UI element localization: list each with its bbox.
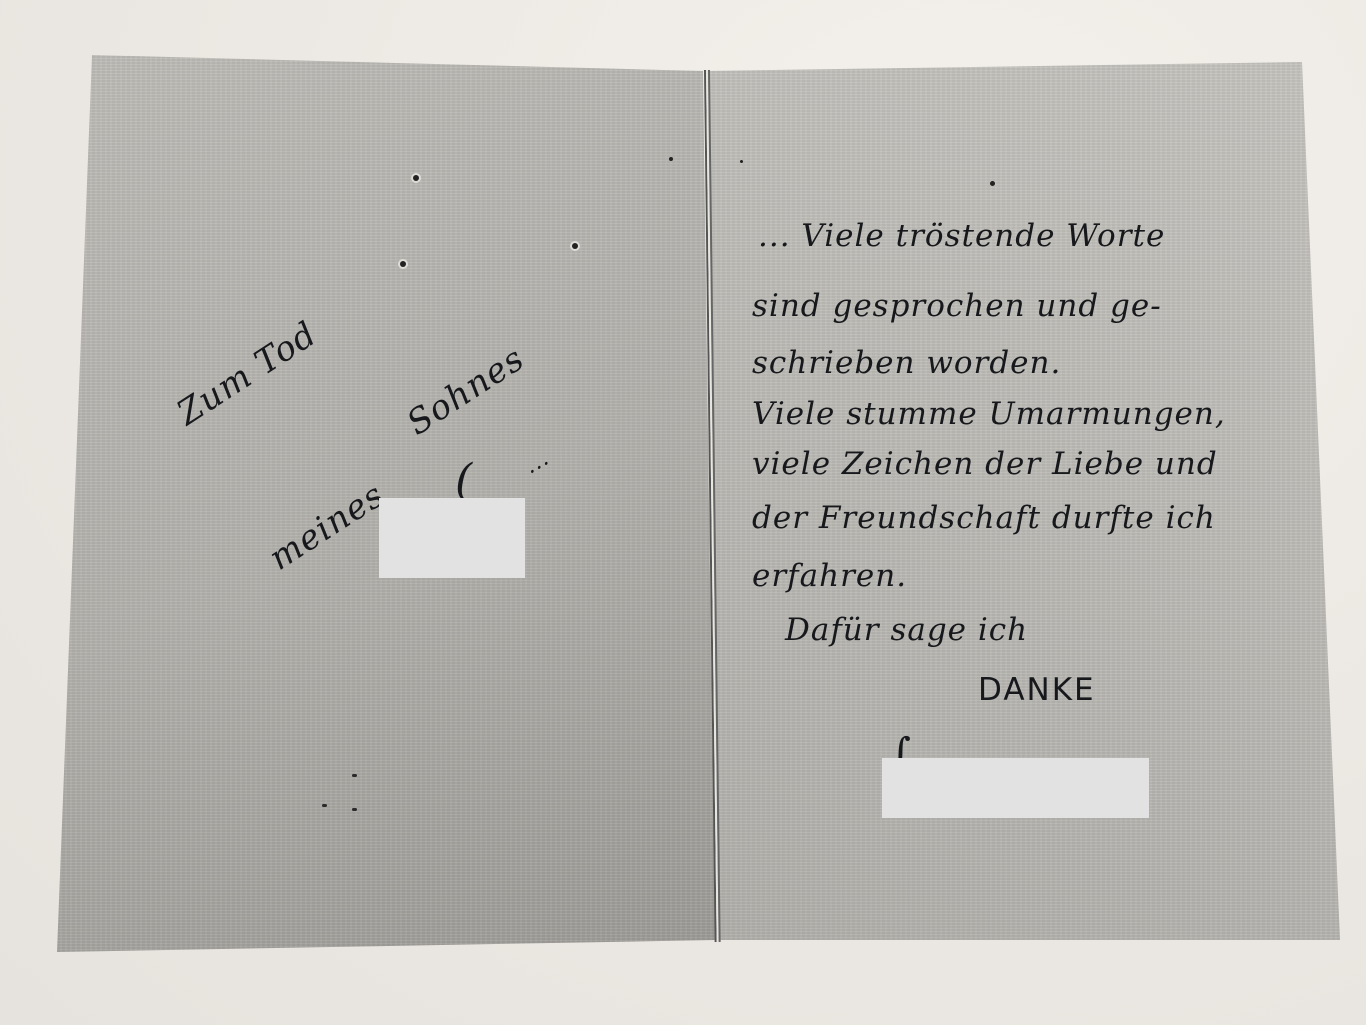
punch-hole [669, 157, 673, 161]
handwriting-line-7: erfahren. [752, 558, 907, 594]
handwriting-line-3: schrieben worden. [752, 345, 1061, 381]
punch-hole [740, 160, 743, 163]
paper-speck [352, 774, 357, 777]
handwriting-line-2: sind gesprochen und ge- [752, 288, 1162, 324]
handwriting-line-1: ... Viele tröstende Worte [758, 218, 1165, 254]
paper-speck [352, 808, 357, 811]
greeting-card: Zum Tod Sohnes meines ... ( ... Viele tr… [0, 0, 1366, 1025]
punch-hole [990, 181, 995, 186]
handwriting-line-4: Viele stumme Umarmungen, [752, 396, 1226, 432]
redacted-name-box [379, 498, 525, 578]
handwriting-danke: DANKE [978, 672, 1096, 708]
punch-hole [572, 243, 578, 249]
handwriting-line-5: viele Zeichen der Liebe und [752, 446, 1218, 482]
punch-hole [413, 175, 419, 181]
handwriting-line-6: der Freundschaft durfte ich [752, 500, 1216, 536]
redacted-signature-box [882, 758, 1149, 818]
punch-hole [400, 261, 406, 267]
handwriting-line-8: Dafür sage ich [785, 612, 1028, 648]
paper-speck [322, 804, 327, 807]
